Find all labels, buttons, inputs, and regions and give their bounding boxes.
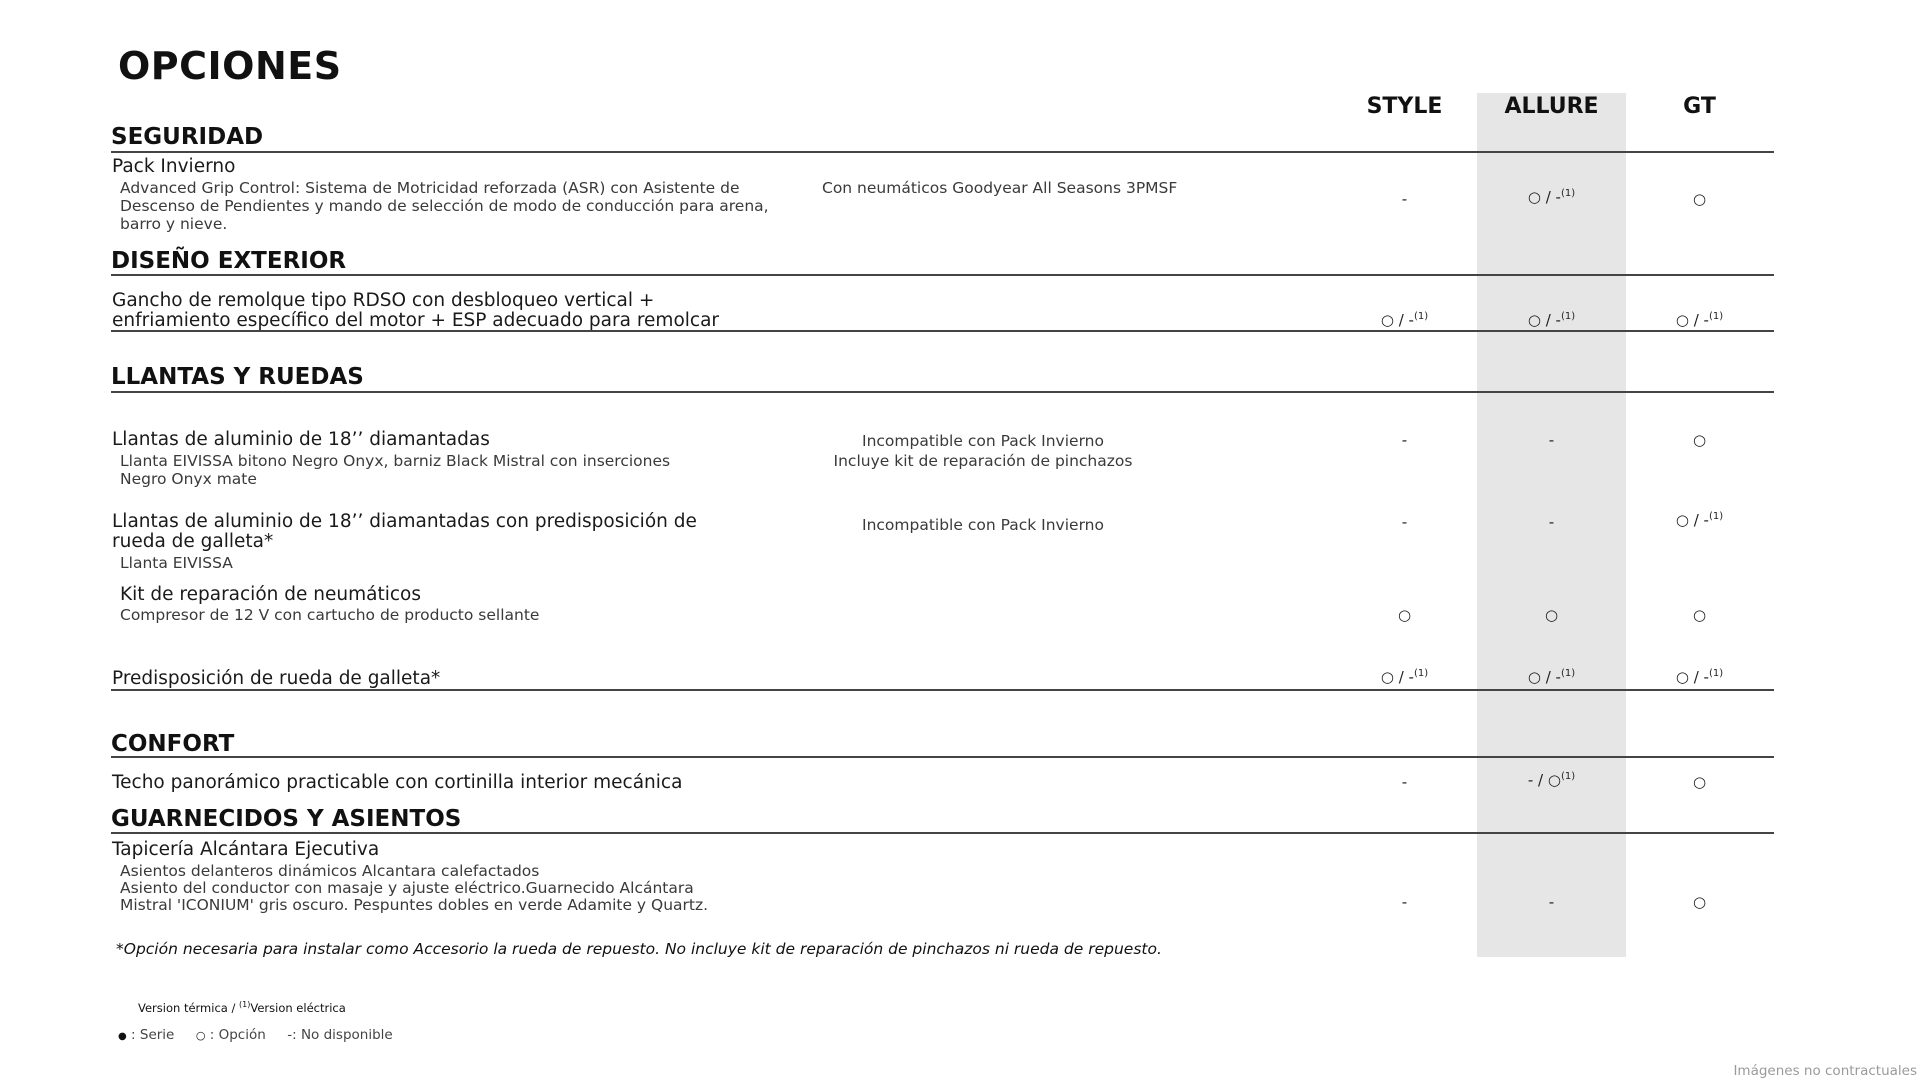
section-divider (111, 391, 1774, 393)
disclaimer: Imágenes no contractuales (1733, 1063, 1917, 1079)
section-llantas-y-ruedas: LLANTAS Y RUEDAS (111, 364, 364, 390)
option-icon: ○ (196, 1029, 206, 1042)
item-title: Llantas de aluminio de 18’’ diamantadas … (112, 512, 697, 532)
item-title-line2: rueda de galleta* (112, 532, 273, 552)
version-legend: Version térmica / (1)Version eléctrica (138, 1000, 346, 1015)
item-note: Incompatible con Pack Invierno (793, 515, 1173, 535)
cell-gt: ○ (1625, 606, 1774, 624)
row-divider (111, 330, 1774, 332)
serie-icon: ● (118, 1031, 127, 1042)
cell-allure: - / ○(1) (1477, 771, 1626, 789)
item-title: Pack Invierno (112, 157, 235, 177)
item-note: Incluye kit de reparación de pinchazos (793, 451, 1173, 471)
item-title: Tapicería Alcántara Ejecutiva (112, 840, 379, 860)
cell-gt: ○ / -(1) (1625, 311, 1774, 329)
item-note: Con neumáticos Goodyear All Seasons 3PMS… (822, 179, 1177, 197)
item-description: Advanced Grip Control: Sistema de Motric… (120, 179, 740, 197)
item-description: Llanta EIVISSA (120, 554, 233, 572)
section-seguridad: SEGURIDAD (111, 124, 263, 150)
row-divider (111, 689, 1774, 691)
cell-gt: ○ (1625, 893, 1774, 911)
item-description: Descenso de Pendientes y mando de selecc… (120, 197, 769, 215)
item-description: Mistral 'ICONIUM' gris oscuro. Pespuntes… (120, 896, 708, 914)
section-guarnecidos-y-asientos: GUARNECIDOS Y ASIENTOS (111, 806, 461, 832)
cell-gt: ○ / -(1) (1625, 668, 1774, 686)
cell-style: ○ / -(1) (1330, 311, 1479, 329)
cell-style: - (1330, 190, 1479, 208)
section-divider (111, 756, 1774, 758)
item-description: barro y nieve. (120, 215, 227, 233)
cell-allure: ○ / -(1) (1477, 311, 1626, 329)
cell-style: - (1330, 513, 1479, 531)
cell-allure: ○ (1477, 606, 1626, 624)
footnote: *Opción necesaria para instalar como Acc… (116, 940, 1162, 958)
symbol-legend: ● : Serie ○ : Opción -: No disponible (118, 1027, 393, 1043)
section-confort: CONFORT (111, 731, 234, 757)
item-title: Llantas de aluminio de 18’’ diamantadas (112, 430, 490, 450)
page-title: OPCIONES (118, 44, 342, 88)
cell-allure: ○ / -(1) (1477, 668, 1626, 686)
item-title: Kit de reparación de neumáticos (120, 585, 421, 605)
cell-gt: ○ (1625, 190, 1774, 208)
item-description: Llanta EIVISSA bitono Negro Onyx, barniz… (120, 452, 670, 470)
column-header-style: STYLE (1330, 94, 1479, 119)
item-note: Incompatible con Pack Invierno (793, 431, 1173, 451)
cell-gt: ○ (1625, 431, 1774, 449)
cell-gt: ○ (1625, 773, 1774, 791)
item-title-line2: enfriamiento específico del motor + ESP … (112, 311, 719, 331)
item-title: Techo panorámico practicable con cortini… (112, 773, 682, 793)
cell-gt: ○ / -(1) (1625, 511, 1774, 529)
cell-allure: - (1477, 893, 1626, 911)
cell-allure: ○ / -(1) (1477, 188, 1626, 206)
item-description: Negro Onyx mate (120, 470, 257, 488)
item-title: Predisposición de rueda de galleta* (112, 669, 440, 689)
section-diseno-exterior: DISEÑO EXTERIOR (111, 248, 346, 274)
item-description: Compresor de 12 V con cartucho de produc… (120, 606, 539, 624)
item-description: Asientos delanteros dinámicos Alcantara … (120, 862, 539, 880)
cell-style: ○ (1330, 606, 1479, 624)
column-header-allure: ALLURE (1477, 94, 1626, 119)
cell-style: - (1330, 893, 1479, 911)
column-header-gt: GT (1625, 94, 1774, 119)
item-title: Gancho de remolque tipo RDSO con desbloq… (112, 291, 654, 311)
cell-allure: - (1477, 431, 1626, 449)
section-divider (111, 151, 1774, 153)
cell-style: - (1330, 773, 1479, 791)
cell-style: - (1330, 431, 1479, 449)
cell-style: ○ / -(1) (1330, 668, 1479, 686)
item-description: Asiento del conductor con masaje y ajust… (120, 879, 694, 897)
section-divider (111, 832, 1774, 834)
section-divider (111, 274, 1774, 276)
cell-allure: - (1477, 513, 1626, 531)
